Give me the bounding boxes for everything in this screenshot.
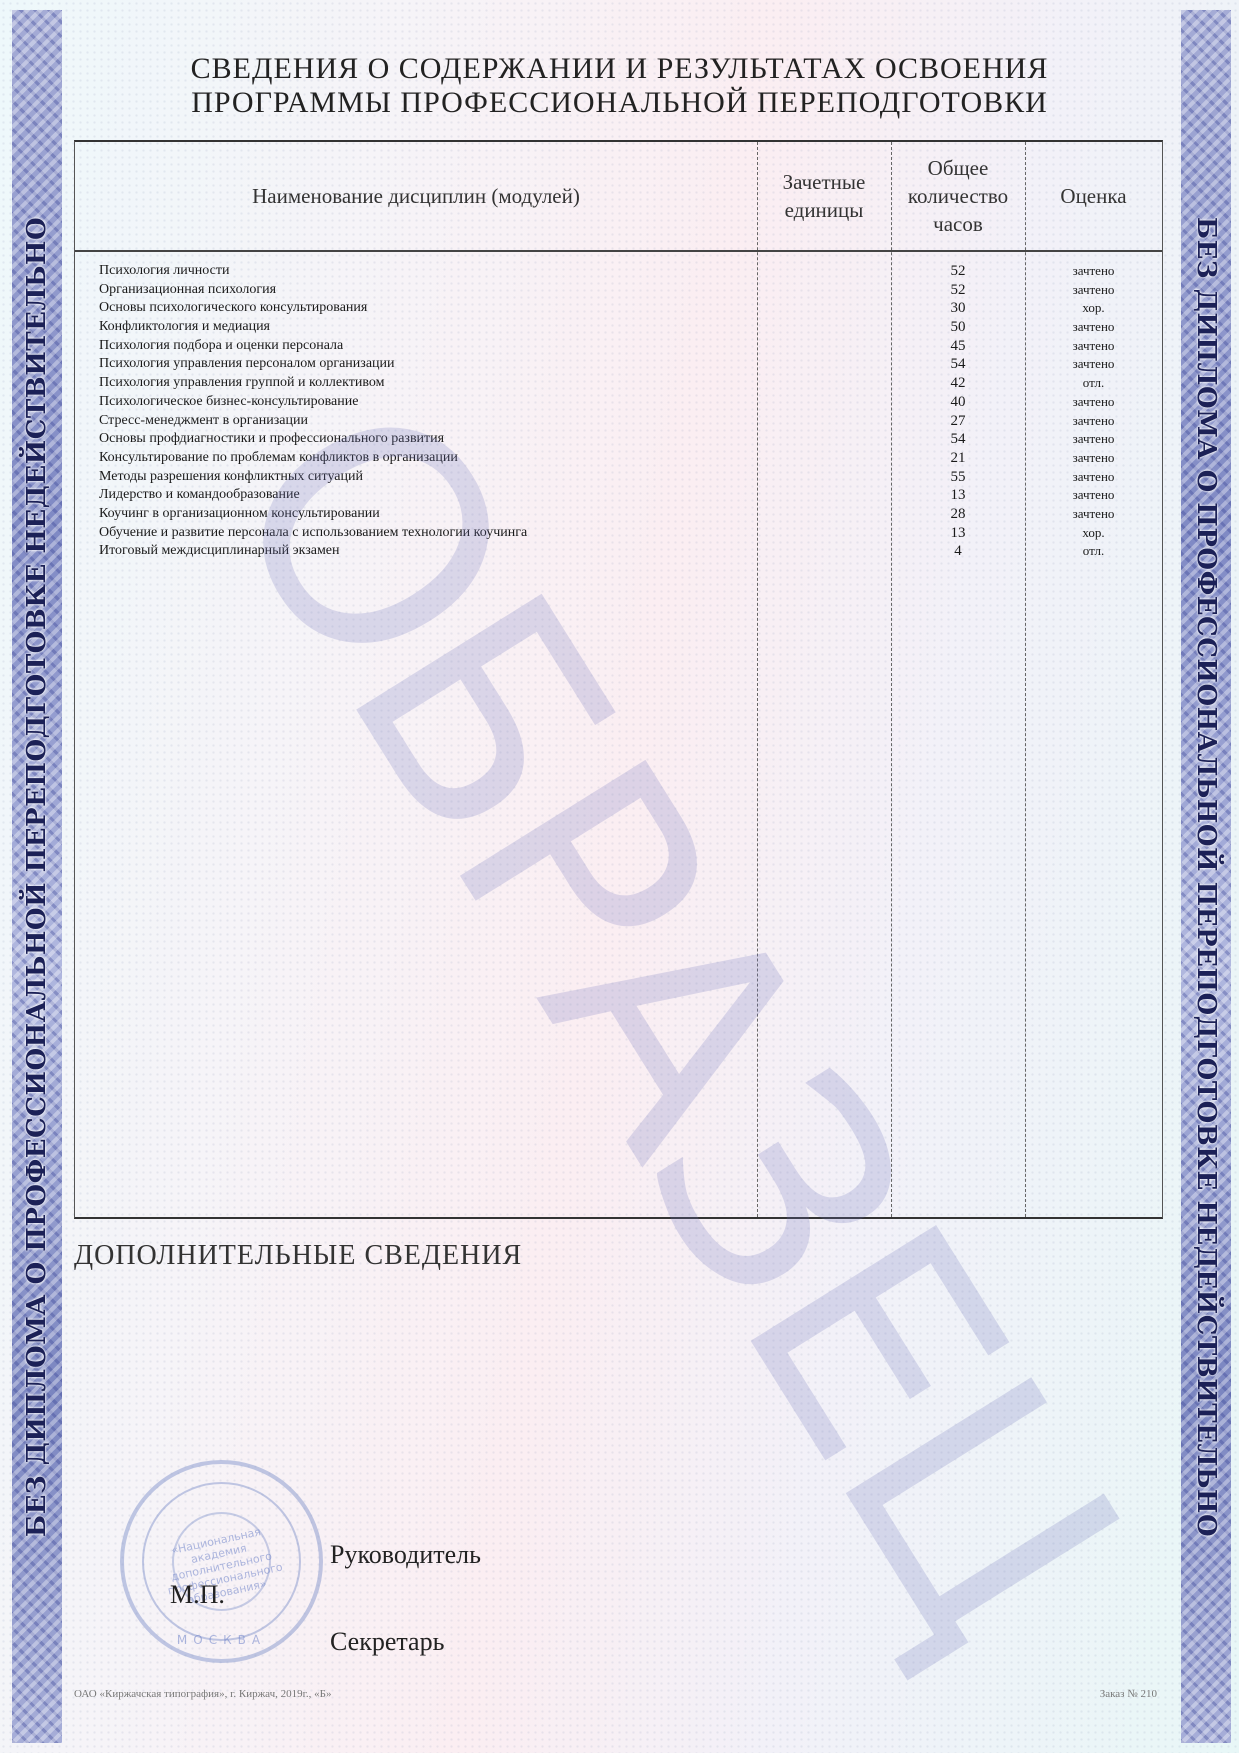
official-stamp: «Национальная академия дополнительного п… — [120, 1460, 323, 1663]
hours-value: 27 — [891, 412, 1025, 430]
discipline-name: Методы разрешения конфликтных ситуаций — [99, 468, 363, 486]
order-number: Заказ № 210 — [1100, 1688, 1157, 1700]
discipline-name: Обучение и развитие персонала с использо… — [99, 524, 527, 542]
table-header: Наименование дисциплин (модулей) Зачетны… — [75, 142, 1162, 252]
title-line-2: ПРОГРАММЫ ПРОФЕССИОНАЛЬНОЙ ПЕРЕПОДГОТОВК… — [100, 86, 1139, 120]
seal-place-label: М.П. — [170, 1580, 225, 1610]
header-hours-line: Общее — [928, 156, 989, 180]
disciplines-table: Наименование дисциплин (модулей) Зачетны… — [74, 140, 1163, 1219]
left-guilloche-border: БЕЗ ДИПЛОМА О ПРОФЕССИОНАЛЬНОЙ ПЕРЕПОДГО… — [12, 10, 62, 1743]
table-row: Консультирование по проблемам конфликтов… — [75, 449, 1162, 468]
discipline-name: Основы психологического консультирования — [99, 299, 367, 317]
hours-value: 4 — [891, 542, 1025, 560]
table-row: Коучинг в организационном консультирован… — [75, 505, 1162, 524]
table-row: Обучение и развитие персонала с использо… — [75, 524, 1162, 543]
table-row: Итоговый междисциплинарный экзамен4отл. — [75, 542, 1162, 561]
header-hours-line: часов — [933, 212, 983, 236]
grade-value: отл. — [1025, 374, 1162, 392]
table-body: Психология личности52зачтеноОрганизацион… — [75, 262, 1162, 561]
table-row: Психология подбора и оценки персонала45з… — [75, 337, 1162, 356]
table-row: Психология личности52зачтено — [75, 262, 1162, 281]
grade-value: зачтено — [1025, 355, 1162, 373]
hours-value: 42 — [891, 374, 1025, 392]
discipline-name: Лидерство и командообразование — [99, 486, 300, 504]
right-guilloche-border: БЕЗ ДИПЛОМА О ПРОФЕССИОНАЛЬНОЙ ПЕРЕПОДГО… — [1181, 10, 1231, 1743]
table-row: Стресс-менеджмент в организации27зачтено — [75, 412, 1162, 431]
header-total-hours: Общееколичествочасов — [891, 142, 1025, 250]
table-row: Психология управления группой и коллекти… — [75, 374, 1162, 393]
discipline-name: Коучинг в организационном консультирован… — [99, 505, 380, 523]
discipline-name: Конфликтология и медиация — [99, 318, 270, 336]
hours-value: 13 — [891, 486, 1025, 504]
hours-value: 45 — [891, 337, 1025, 355]
additional-info-heading: ДОПОЛНИТЕЛЬНЫЕ СВЕДЕНИЯ — [74, 1240, 522, 1272]
grade-value: зачтено — [1025, 281, 1162, 299]
grade-value: зачтено — [1025, 262, 1162, 280]
table-row: Методы разрешения конфликтных ситуаций55… — [75, 468, 1162, 487]
hours-value: 28 — [891, 505, 1025, 523]
grade-value: зачтено — [1025, 337, 1162, 355]
discipline-name: Итоговый междисциплинарный экзамен — [99, 542, 340, 560]
grade-value: зачтено — [1025, 430, 1162, 448]
hours-value: 54 — [891, 355, 1025, 373]
table-row: Организационная психология52зачтено — [75, 281, 1162, 300]
header-discipline-name: Наименование дисциплин (модулей) — [75, 142, 757, 250]
hours-value: 52 — [891, 262, 1025, 280]
discipline-name: Психология подбора и оценки персонала — [99, 337, 343, 355]
printer-imprint: ОАО «Киржачская типография», г. Киржач, … — [74, 1688, 332, 1700]
hours-value: 54 — [891, 430, 1025, 448]
grade-value: зачтено — [1025, 412, 1162, 430]
discipline-name: Организационная психология — [99, 281, 276, 299]
table-row: Психология управления персоналом организ… — [75, 355, 1162, 374]
head-signature-label: Руководитель — [330, 1540, 481, 1570]
left-border-text: БЕЗ ДИПЛОМА О ПРОФЕССИОНАЛЬНОЙ ПЕРЕПОДГО… — [22, 216, 52, 1536]
table-row: Конфликтология и медиация50зачтено — [75, 318, 1162, 337]
grade-value: зачтено — [1025, 468, 1162, 486]
discipline-name: Основы профдиагностики и профессионально… — [99, 430, 444, 448]
hours-value: 50 — [891, 318, 1025, 336]
title-line-1: СВЕДЕНИЯ О СОДЕРЖАНИИ И РЕЗУЛЬТАТАХ ОСВО… — [100, 52, 1139, 86]
table-row: Основы профдиагностики и профессионально… — [75, 430, 1162, 449]
hours-value: 40 — [891, 393, 1025, 411]
discipline-name: Психология управления персоналом организ… — [99, 355, 395, 373]
header-grade: Оценка — [1025, 142, 1162, 250]
right-border-text: БЕЗ ДИПЛОМА О ПРОФЕССИОНАЛЬНОЙ ПЕРЕПОДГО… — [1191, 216, 1221, 1536]
hours-value: 21 — [891, 449, 1025, 467]
page-title: СВЕДЕНИЯ О СОДЕРЖАНИИ И РЕЗУЛЬТАТАХ ОСВО… — [100, 52, 1139, 120]
hours-value: 52 — [891, 281, 1025, 299]
table-row: Лидерство и командообразование13зачтено — [75, 486, 1162, 505]
hours-value: 30 — [891, 299, 1025, 317]
discipline-name: Стресс-менеджмент в организации — [99, 412, 308, 430]
header-units-line: Зачетные — [783, 170, 866, 194]
discipline-name: Консультирование по проблемам конфликтов… — [99, 449, 458, 467]
hours-value: 55 — [891, 468, 1025, 486]
stamp-city-text: МОСКВА — [124, 1633, 319, 1647]
grade-value: зачтено — [1025, 449, 1162, 467]
secretary-signature-label: Секретарь — [330, 1627, 444, 1657]
table-row: Основы психологического консультирования… — [75, 299, 1162, 318]
hours-value: 13 — [891, 524, 1025, 542]
table-row: Психологическое бизнес-консультирование4… — [75, 393, 1162, 412]
header-units-line: единицы — [785, 198, 864, 222]
header-credit-units: Зачетныеединицы — [757, 142, 891, 250]
grade-value: зачтено — [1025, 393, 1162, 411]
discipline-name: Психология управления группой и коллекти… — [99, 374, 384, 392]
grade-value: зачтено — [1025, 505, 1162, 523]
discipline-name: Психологическое бизнес-консультирование — [99, 393, 358, 411]
grade-value: хор. — [1025, 524, 1162, 542]
grade-value: зачтено — [1025, 318, 1162, 336]
header-hours-line: количество — [908, 184, 1008, 208]
grade-value: зачтено — [1025, 486, 1162, 504]
grade-value: отл. — [1025, 542, 1162, 560]
discipline-name: Психология личности — [99, 262, 229, 280]
grade-value: хор. — [1025, 299, 1162, 317]
